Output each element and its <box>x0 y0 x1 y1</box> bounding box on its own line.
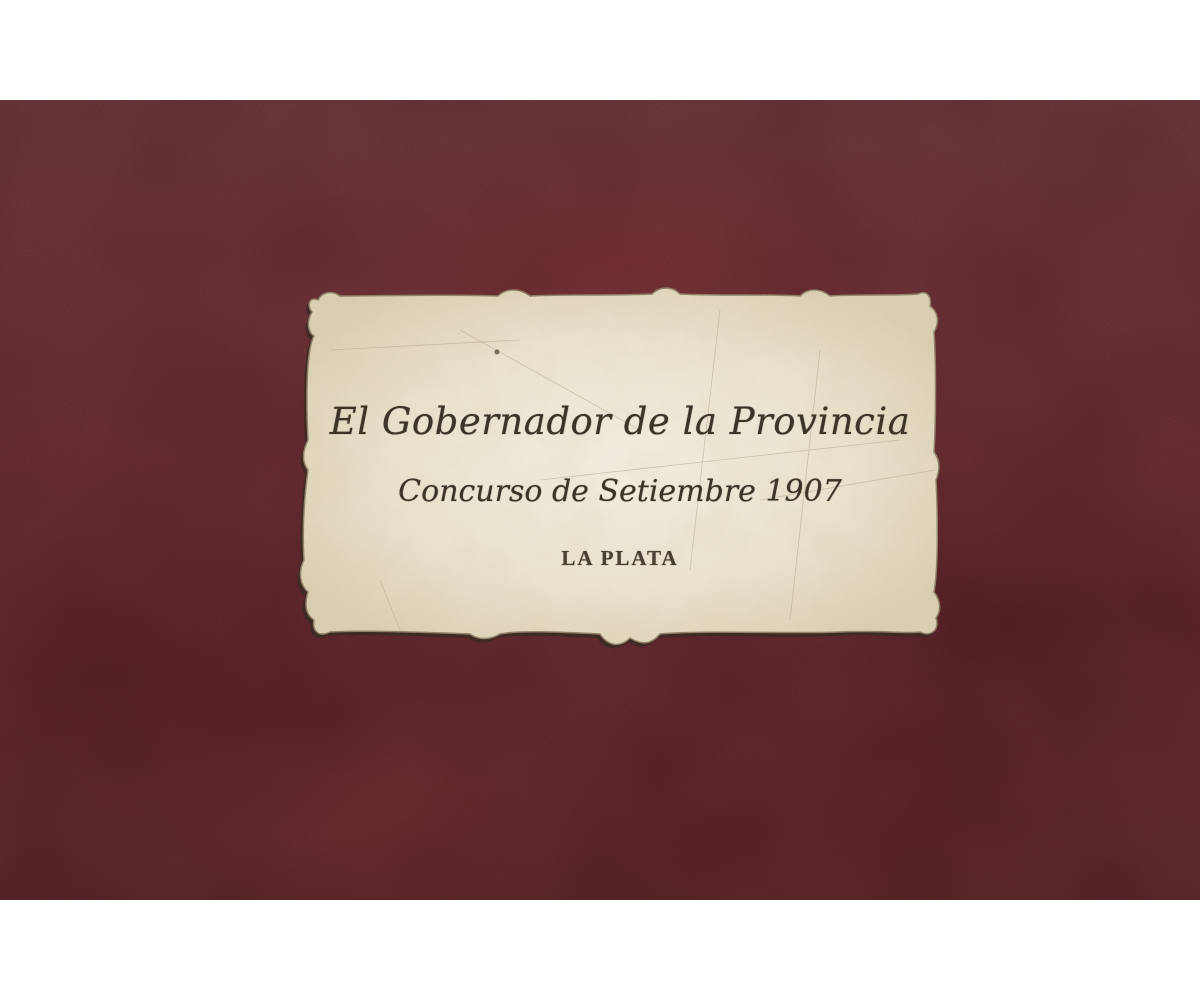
plaque-line-city: LA PLATA <box>300 546 940 571</box>
plaque-line-governor: El Gobernador de la Provincia <box>300 400 940 443</box>
leather-photo: El Gobernador de la Provincia Concurso d… <box>0 100 1200 900</box>
plaque-line-contest: Concurso de Setiembre 1907 <box>300 474 940 509</box>
